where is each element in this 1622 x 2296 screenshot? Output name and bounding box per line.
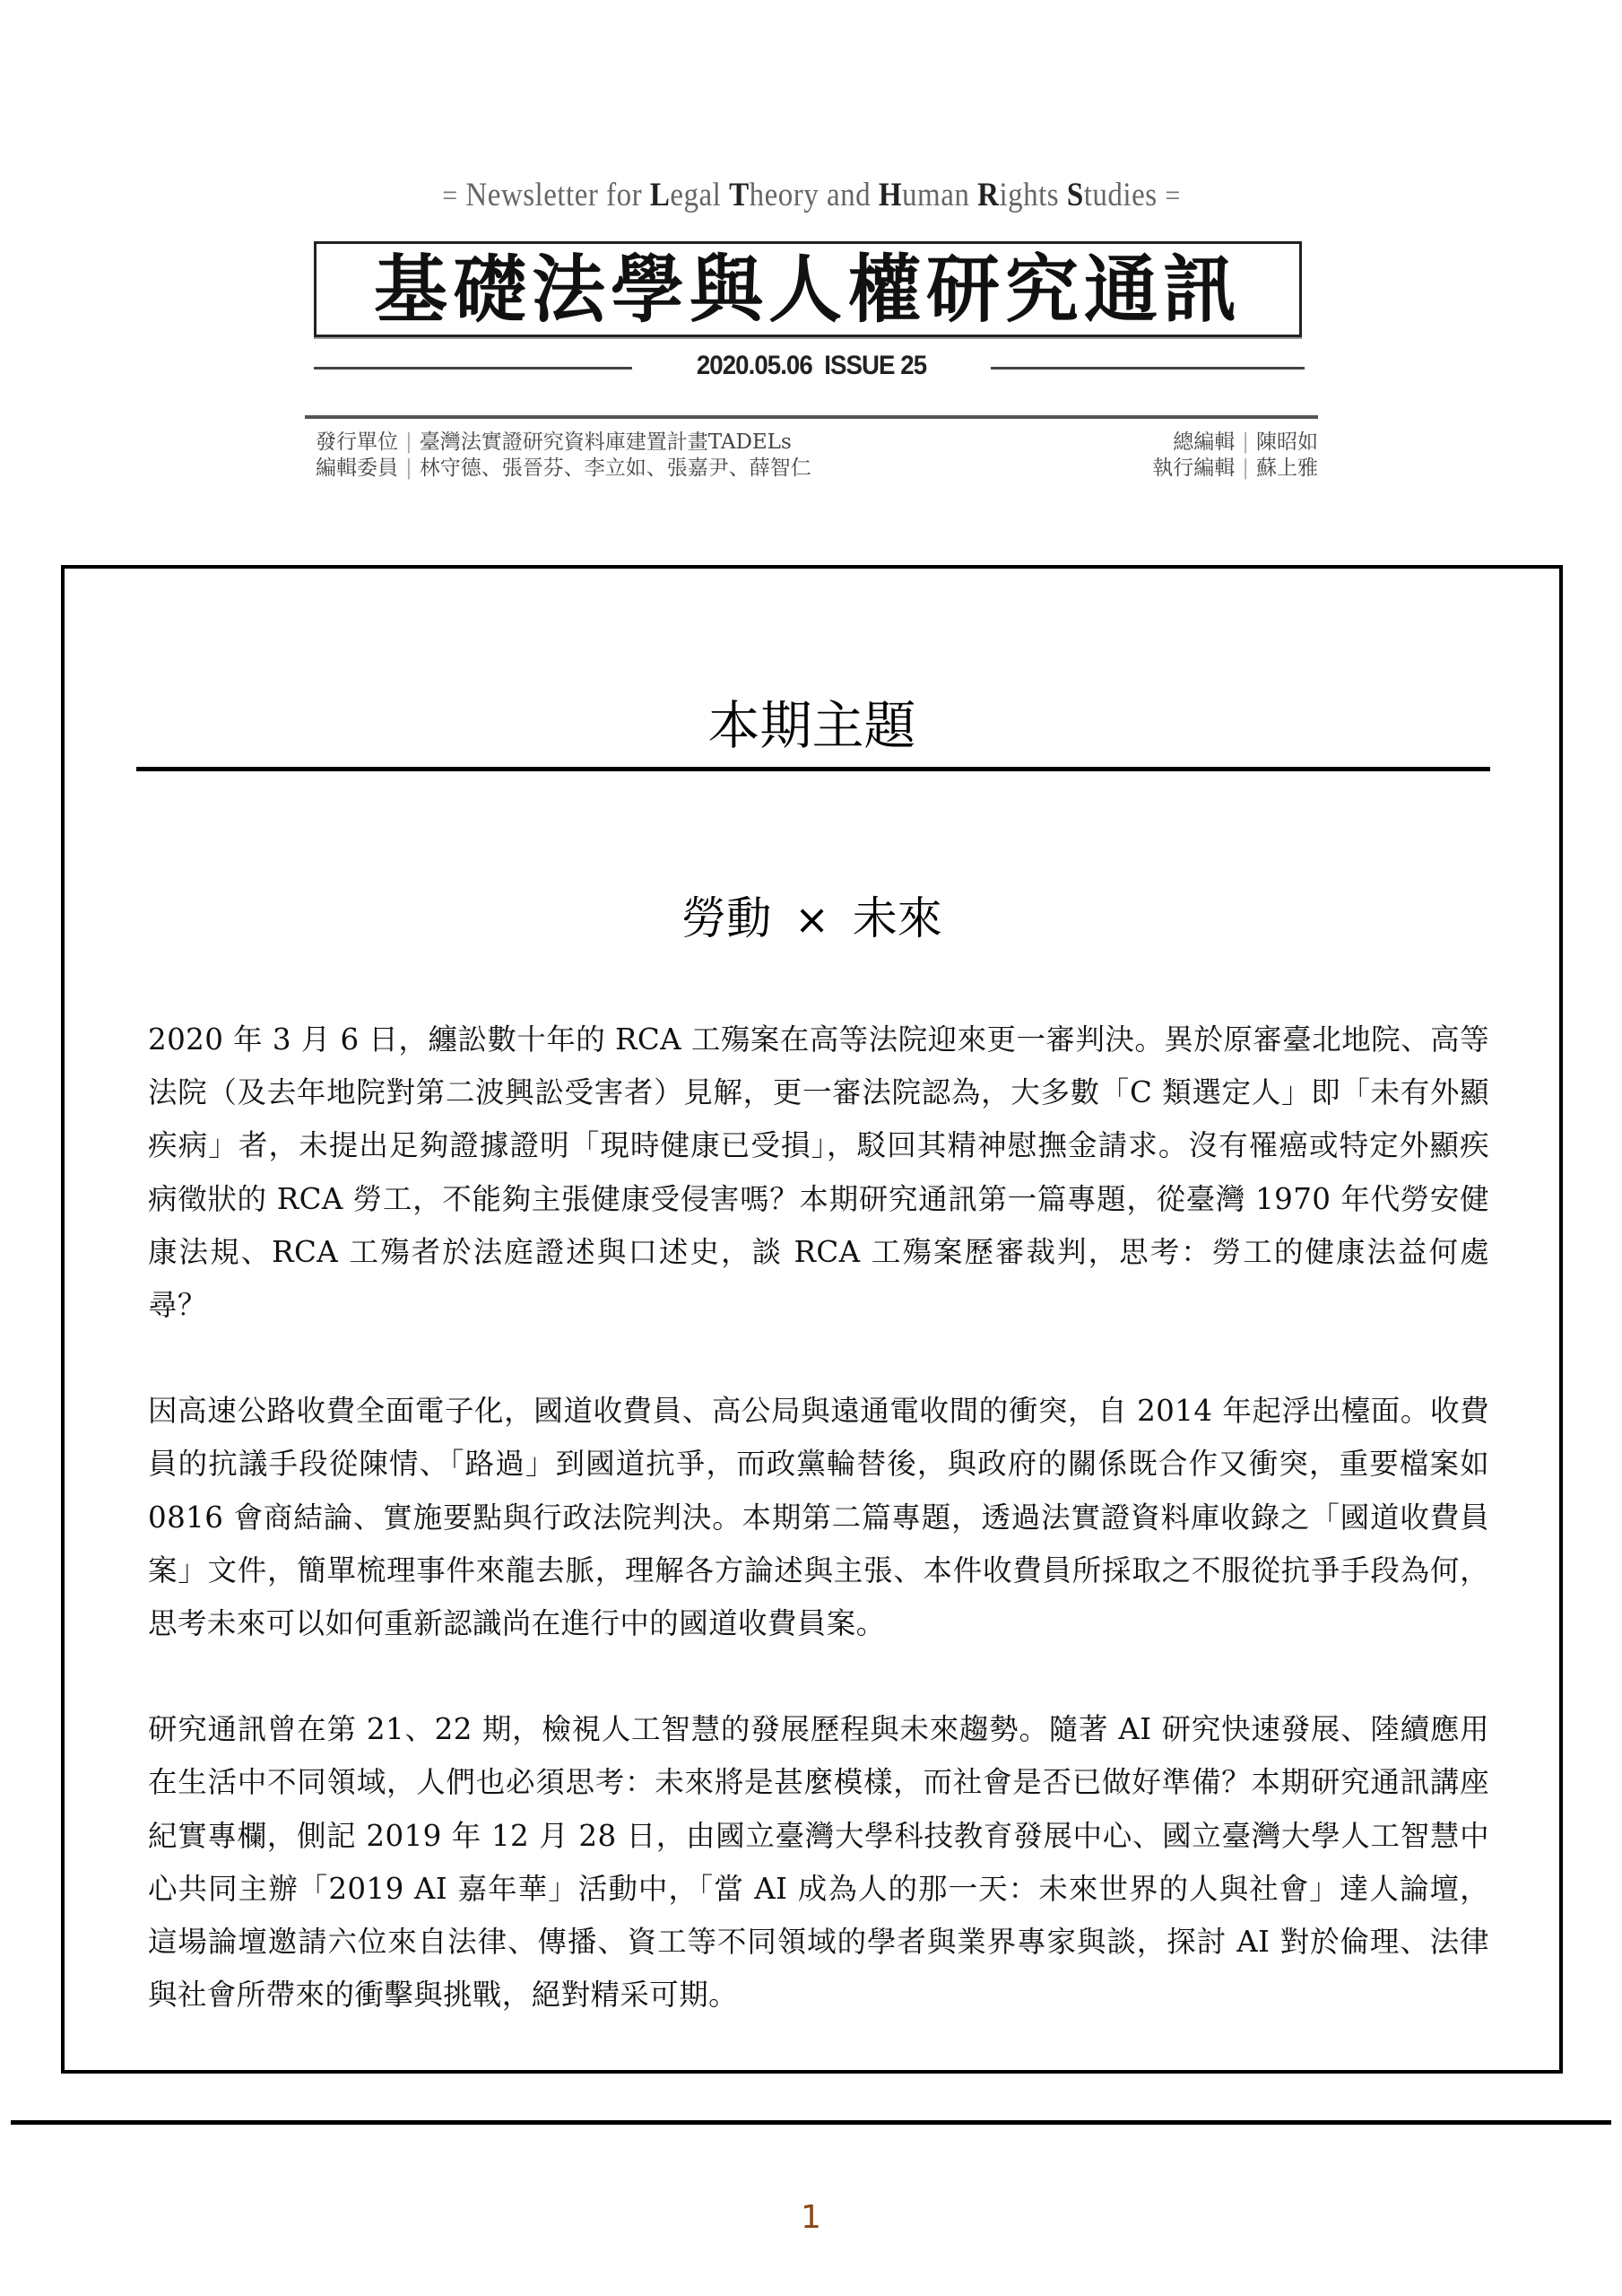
- footer-rule: [11, 2120, 1611, 2125]
- decor-equals-right: =: [1165, 179, 1180, 213]
- chinese-title: 基礎法學與人權研究通訊: [317, 244, 1299, 335]
- times-symbol: ×: [794, 895, 829, 944]
- paragraph-toll-collectors: 因高速公路收費全面電子化，國道收費員、高公局與遠通電收間的衝突，自 2014 年…: [148, 1385, 1489, 1650]
- paragraph-ai-forum: 研究通訊曾在第 21、22 期，檢視人工智慧的發展歷程與未來趨勢。隨著 AI 研…: [148, 1703, 1489, 2022]
- english-title: = Newsletter for Legal Theory and Human …: [305, 172, 1318, 219]
- masthead-divider: [305, 415, 1318, 419]
- exec-editor-line: 執行編輯|蘇上雅: [1152, 456, 1318, 482]
- topic-heading-rule: [136, 767, 1490, 771]
- issue-info: 2020.05.06 ISSUE 25: [651, 351, 973, 381]
- topic-subtitle: 勞動×未來: [65, 891, 1559, 946]
- masthead: = Newsletter for Legal Theory and Human …: [305, 175, 1318, 216]
- publisher-line: 發行單位|臺灣法實證研究資料庫建置計畫TADELs: [316, 430, 811, 456]
- issue-row: 2020.05.06 ISSUE 25: [305, 354, 1318, 381]
- issue-number: ISSUE 25: [824, 351, 926, 380]
- issue-rule-right: [991, 367, 1305, 370]
- chinese-title-box: 基礎法學與人權研究通訊: [314, 241, 1302, 337]
- credits-right: 總編輯|陳昭如 執行編輯|蘇上雅: [1152, 430, 1318, 482]
- topic-body: 2020 年 3 月 6 日，纏訟數十年的 RCA 工殤案在高等法院迎來更一審判…: [148, 1013, 1489, 2074]
- decor-equals-left: =: [442, 179, 457, 213]
- credits-left: 發行單位|臺灣法實證研究資料庫建置計畫TADELs 編輯委員|林守德、張晉芬、李…: [316, 430, 811, 482]
- chief-editor-line: 總編輯|陳昭如: [1152, 430, 1318, 456]
- topic-box: 本期主題 勞動×未來 2020 年 3 月 6 日，纏訟數十年的 RCA 工殤案…: [61, 565, 1563, 2074]
- paragraph-rca: 2020 年 3 月 6 日，纏訟數十年的 RCA 工殤案在高等法院迎來更一審判…: [148, 1013, 1489, 1332]
- committee-line: 編輯委員|林守德、張晉芬、李立如、張嘉尹、薛智仁: [316, 456, 811, 482]
- topic-heading: 本期主題: [65, 694, 1559, 757]
- issue-rule-left: [314, 367, 632, 370]
- page-number: 1: [0, 2199, 1622, 2236]
- issue-date: 2020.05.06: [697, 351, 812, 380]
